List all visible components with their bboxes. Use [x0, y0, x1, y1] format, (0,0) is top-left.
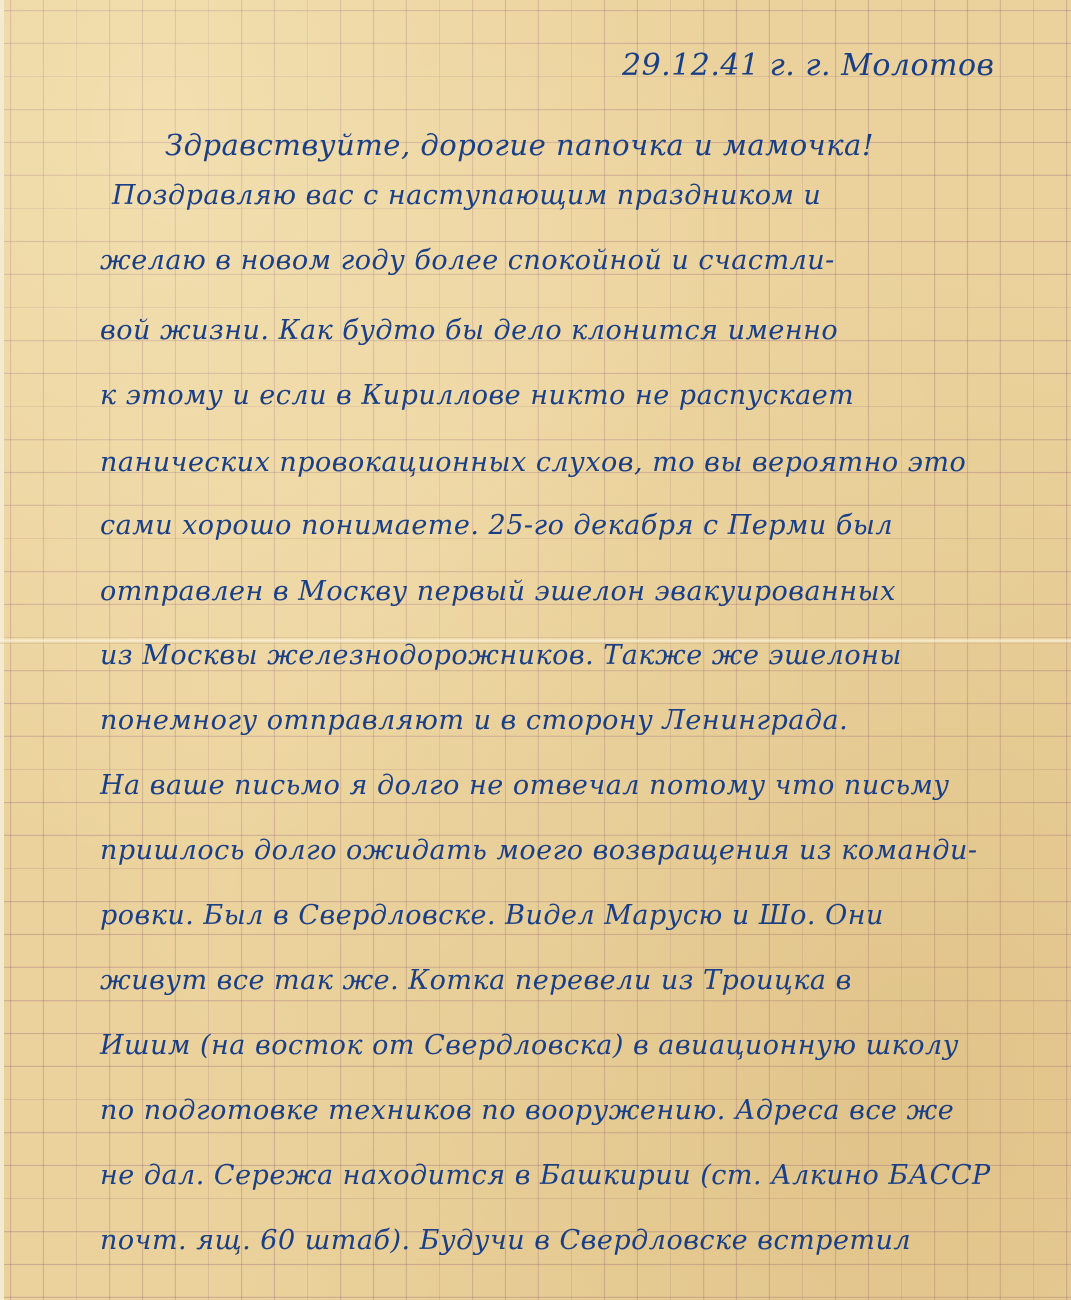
letter-line: Поздравляю вас с наступающим праздником … — [112, 180, 821, 211]
letter-line: На ваше письмо я долго не отвечал потому… — [100, 770, 950, 801]
letter-line: к этому и если в Кириллове никто не расп… — [100, 380, 854, 411]
letter-line: Ишим (на восток от Свердловска) в авиаци… — [100, 1030, 959, 1061]
letter-line: сами хорошо понимаете. 25-го декабря с П… — [100, 510, 893, 541]
letter-date-place: 29.12.41 г. г. Молотов — [622, 48, 995, 83]
letter-greeting: Здравствуйте, дорогие папочка и мамочка! — [165, 128, 874, 162]
letter-line: по подготовке техников по вооружению. Ад… — [100, 1095, 954, 1126]
letter-line: желаю в новом году более спокойной и сча… — [100, 245, 835, 276]
letter-line: живут все так же. Котка перевели из Трои… — [100, 965, 852, 996]
paper-left-edge — [0, 0, 4, 1300]
letter-line: вой жизни. Как будто бы дело клонится им… — [100, 315, 838, 346]
letter-line: понемногу отправляют и в сторону Ленингр… — [100, 705, 848, 736]
letter-line: из Москвы железнодорожников. Также же эш… — [100, 640, 902, 671]
letter-line: панических провокационных слухов, то вы … — [100, 447, 966, 478]
letter-line: не дал. Сережа находится в Башкирии (ст.… — [100, 1160, 991, 1191]
letter-line: почт. ящ. 60 штаб). Будучи в Свердловске… — [100, 1225, 911, 1256]
letter-line: отправлен в Москву первый эшелон эвакуир… — [100, 576, 896, 607]
letter-line: пришлось долго ожидать моего возвращения… — [100, 835, 977, 866]
letter-line: ровки. Был в Свердловске. Видел Марусю и… — [100, 900, 884, 931]
